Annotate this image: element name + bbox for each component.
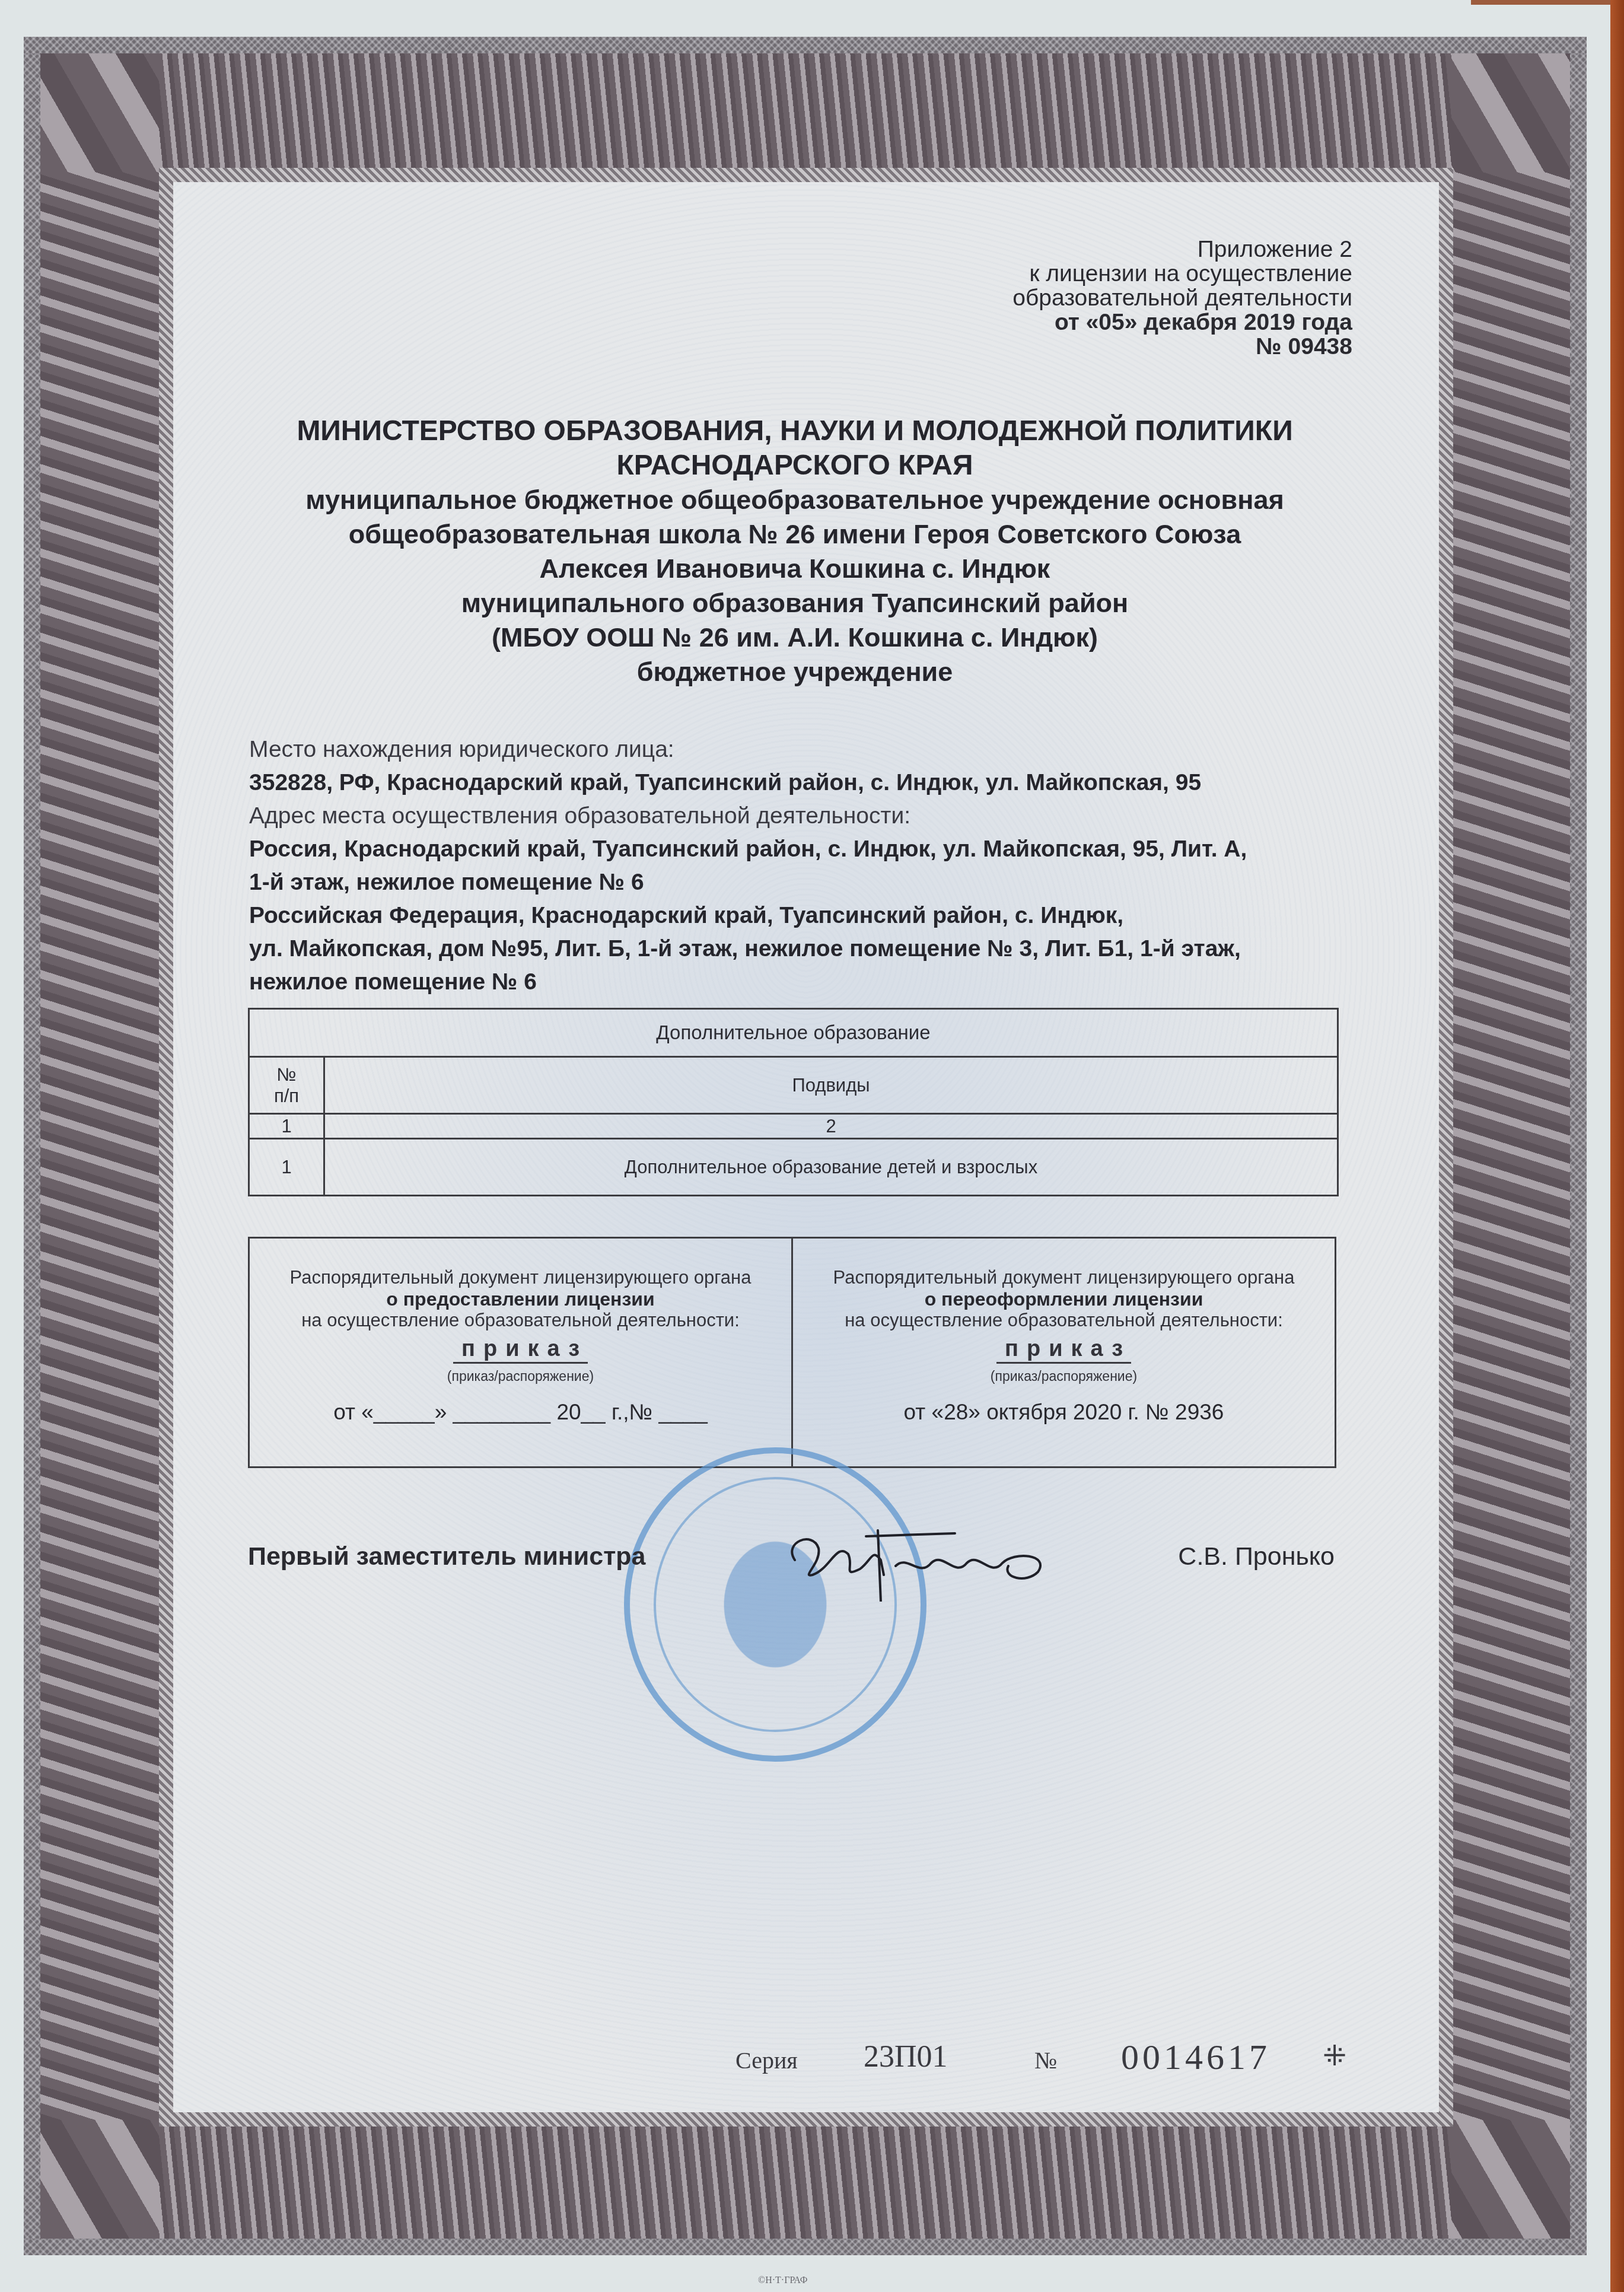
official-seal-stamp (624, 1447, 926, 1762)
annex-title: Приложение 2 (1012, 237, 1352, 262)
activity-address-line: Российская Федерация, Краснодарский край… (249, 899, 1352, 932)
grant-order-type: приказ (453, 1336, 588, 1364)
column-index-2: 2 (324, 1114, 1338, 1139)
reissue-order-line-2: о переоформлении лицензии (793, 1288, 1335, 1310)
grant-order-box: Распорядительный документ лицензирующего… (250, 1239, 791, 1466)
activity-address-line: 1-й этаж, нежилое помещение № 6 (249, 866, 1352, 899)
grant-order-line-2: о предоставлении лицензии (250, 1288, 791, 1310)
column-header-number-line-2: п/п (250, 1085, 323, 1107)
annex-line-3: образовательной деятельности (1012, 286, 1352, 310)
column-index-1: 1 (249, 1114, 324, 1139)
number-value: 0014617 (1121, 2037, 1270, 2078)
legal-address-label: Место нахождения юридического лица: (249, 733, 1352, 766)
signer-name: С.В. Пронько (1178, 1542, 1335, 1571)
grant-order-line-3: на осуществление образовательной деятель… (250, 1310, 791, 1331)
activity-address-line: ул. Майкопская, дом №95, Лит. Б, 1-й эта… (249, 932, 1352, 966)
handwritten-signature (777, 1519, 1062, 1602)
table-row: 1 Дополнительное образование детей и взр… (249, 1139, 1338, 1196)
organization-name-line-4: муниципального образования Туапсинский р… (249, 586, 1340, 620)
number-label: № (1034, 2046, 1057, 2074)
reissue-order-date: от «28» октября 2020 г. № 2936 (793, 1402, 1335, 1423)
grant-order-date: от «_____» ________ 20__ г.,№ ____ (250, 1402, 791, 1423)
ministry-name-line-2: КРАСНОДАРСКОГО КРАЯ (249, 448, 1340, 483)
organization-short-name: (МБОУ ООШ № 26 им. А.И. Кошкина с. Индюк… (249, 620, 1340, 655)
column-header-subtypes: Подвиды (324, 1057, 1338, 1114)
annex-date: от «05» декабря 2019 года (1012, 310, 1352, 335)
series-value: 23П01 (864, 2039, 948, 2074)
activity-address-line: нежилое помещение № 6 (249, 966, 1352, 999)
reissue-order-box: Распорядительный документ лицензирующего… (791, 1239, 1335, 1466)
annex-number: № 09438 (1012, 335, 1352, 359)
annex-line-2: к лицензии на осуществление (1012, 262, 1352, 286)
table-caption: Дополнительное образование (249, 1009, 1338, 1057)
organization-type: бюджетное учреждение (249, 655, 1340, 689)
organization-name-line-3: Алексея Ивановича Кошкина с. Индюк (249, 552, 1340, 586)
background-wood-edge-top (1471, 0, 1624, 5)
column-header-number: № п/п (249, 1057, 324, 1114)
column-header-number-line-1: № (250, 1064, 323, 1085)
row-subtype: Дополнительное образование детей и взрос… (324, 1139, 1338, 1196)
activity-address-line: Россия, Краснодарский край, Туапсинский … (249, 833, 1352, 866)
series-label: Серия (735, 2046, 798, 2074)
subtypes-table: Дополнительное образование № п/п Подвиды… (248, 1008, 1339, 1196)
legal-address-value: 352828, РФ, Краснодарский край, Туапсинс… (249, 766, 1352, 800)
signer-position: Первый заместитель министра (248, 1542, 645, 1571)
printer-copyright: ©Н·Т·ГРАФ (758, 2275, 807, 2286)
row-number: 1 (249, 1139, 324, 1196)
organization-name-line-1: муниципальное бюджетное общеобразователь… (249, 483, 1340, 517)
grant-order-line-1: Распорядительный документ лицензирующего… (250, 1267, 791, 1288)
document-header: МИНИСТЕРСТВО ОБРАЗОВАНИЯ, НАУКИ И МОЛОДЕ… (249, 414, 1340, 689)
background-wood-edge (1610, 0, 1624, 2292)
orders-section: Распорядительный документ лицензирующего… (248, 1237, 1336, 1468)
address-section: Место нахождения юридического лица: 3528… (249, 733, 1352, 999)
reissue-order-line-3: на осуществление образовательной деятель… (793, 1310, 1335, 1331)
organization-name-line-2: общеобразовательная школа № 26 имени Гер… (249, 517, 1340, 552)
reissue-order-type: приказ (996, 1336, 1131, 1364)
ministry-name-line-1: МИНИСТЕРСТВО ОБРАЗОВАНИЯ, НАУКИ И МОЛОДЕ… (249, 414, 1340, 448)
reissue-order-hint: (приказ/распоряжение) (793, 1366, 1335, 1386)
security-mark-icon: ⁜ (1323, 2039, 1346, 2073)
activity-address-label: Адрес места осуществления образовательно… (249, 800, 1352, 833)
reissue-order-line-1: Распорядительный документ лицензирующего… (793, 1267, 1335, 1288)
grant-order-hint: (приказ/распоряжение) (250, 1366, 791, 1386)
annex-reference: Приложение 2 к лицензии на осуществление… (1012, 237, 1352, 359)
